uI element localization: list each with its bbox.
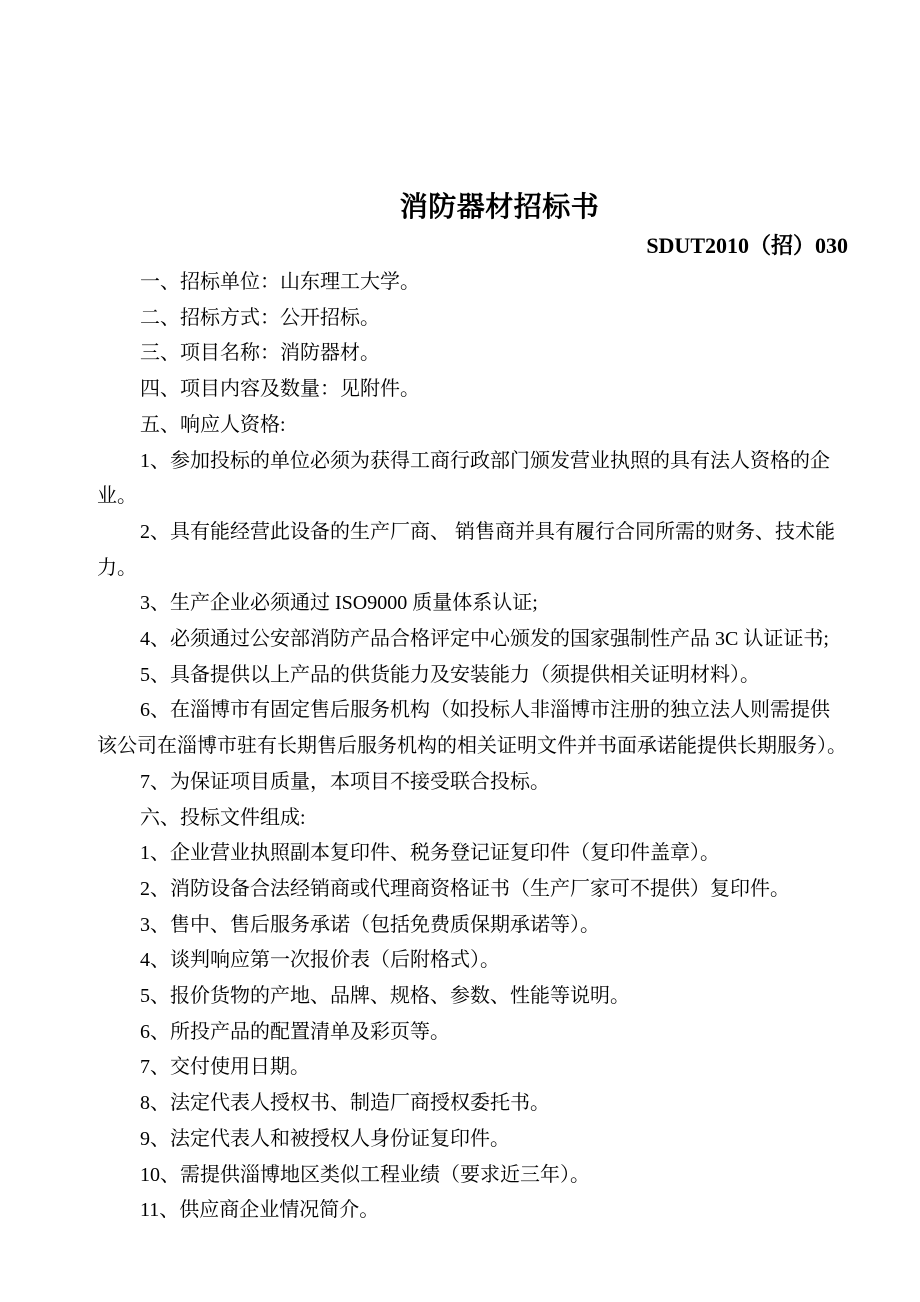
paragraph: 一、招标单位：山东理工大学。 xyxy=(97,265,848,301)
document-page: 消防器材招标书 SDUT2010（招）030 一、招标单位：山东理工大学。二、招… xyxy=(0,0,920,1302)
document-number: SDUT2010（招）030 xyxy=(97,232,848,259)
paragraph: 1、企业营业执照副本复印件、税务登记证复印件（复印件盖章）。 xyxy=(97,836,848,872)
paragraph: 5、报价货物的产地、品牌、规格、参数、性能等说明。 xyxy=(97,979,848,1015)
paragraph: 五、响应人资格: xyxy=(97,408,848,444)
paragraph: 8、法定代表人授权书、制造厂商授权委托书。 xyxy=(97,1086,848,1122)
paragraph: 2、消防设备合法经销商或代理商资格证书（生产厂家可不提供）复印件。 xyxy=(97,872,848,908)
paragraph: 三、项目名称：消防器材。 xyxy=(97,336,848,372)
paragraph: 四、项目内容及数量：见附件。 xyxy=(97,372,848,408)
paragraph: 4、谈判响应第一次报价表（后附格式）。 xyxy=(97,943,848,979)
paragraph: 六、投标文件组成: xyxy=(97,801,848,837)
paragraph: 6、在淄博市有固定售后服务机构（如投标人非淄博市注册的独立法人则需提供 该公司在… xyxy=(97,693,848,764)
paragraph: 9、法定代表人和被授权人身份证复印件。 xyxy=(97,1122,848,1158)
paragraph: 4、必须通过公安部消防产品合格评定中心颁发的国家强制性产品 3C 认证证书; xyxy=(97,622,848,658)
paragraph: 二、招标方式：公开招标。 xyxy=(97,301,848,337)
paragraph: 7、交付使用日期。 xyxy=(97,1050,848,1086)
paragraph: 1、参加投标的单位必须为获得工商行政部门颁发营业执照的具有法人资格的企 业。 xyxy=(97,444,848,515)
paragraph: 3、生产企业必须通过 ISO9000 质量体系认证; xyxy=(97,586,848,622)
document-title: 消防器材招标书 xyxy=(124,190,875,224)
paragraph: 11、供应商企业情况简介。 xyxy=(97,1193,848,1229)
document-body: 一、招标单位：山东理工大学。二、招标方式：公开招标。三、项目名称：消防器材。四、… xyxy=(97,265,848,1229)
paragraph: 10、需提供淄博地区类似工程业绩（要求近三年）。 xyxy=(97,1158,848,1194)
paragraph: 5、具备提供以上产品的供货能力及安装能力（须提供相关证明材料）。 xyxy=(97,658,848,694)
paragraph: 3、售中、售后服务承诺（包括免费质保期承诺等）。 xyxy=(97,908,848,944)
paragraph: 7、为保证项目质量，本项目不接受联合投标。 xyxy=(97,765,848,801)
paragraph: 6、所投产品的配置清单及彩页等。 xyxy=(97,1015,848,1051)
paragraph: 2、具有能经营此设备的生产厂商、 销售商并具有履行合同所需的财务、技术能 力。 xyxy=(97,515,848,586)
